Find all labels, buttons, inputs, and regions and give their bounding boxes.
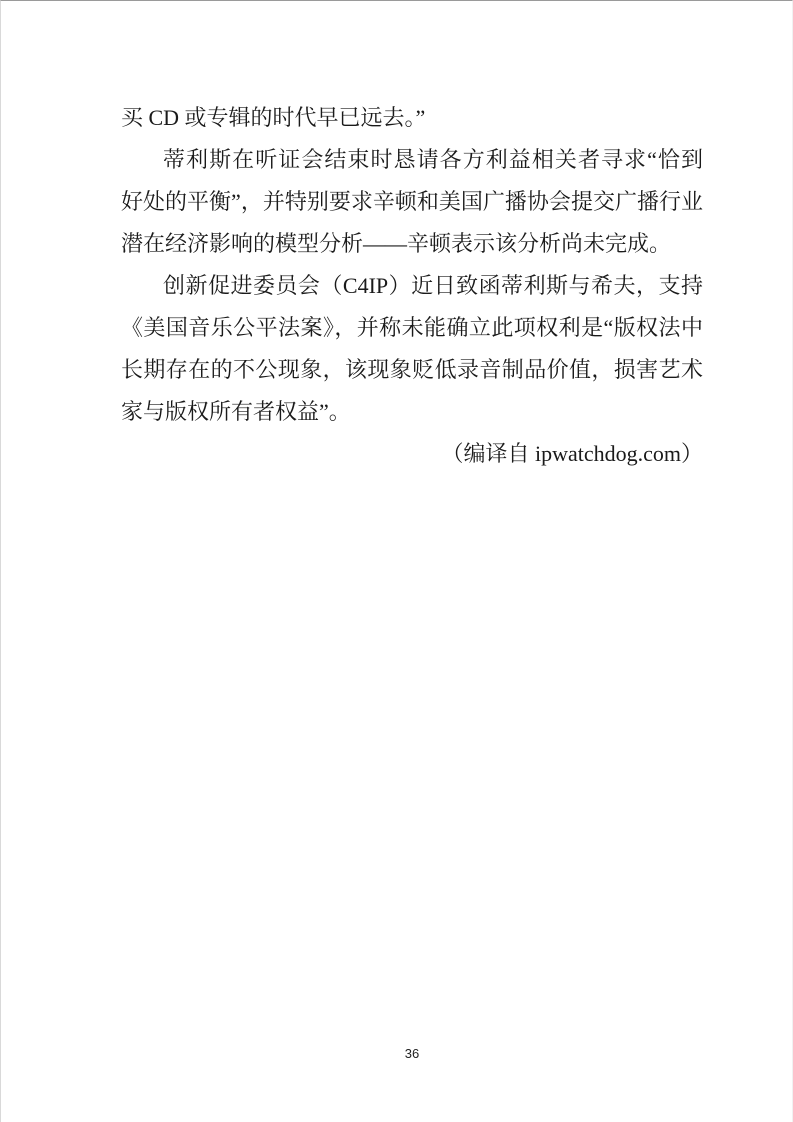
- paragraph1-last-line: 买 CD 或专辑的时代早已远去。”: [121, 97, 703, 139]
- document-page: 买 CD 或专辑的时代早已远去。” 蒂利斯在听证会结束时恳请各方利益相关者寻求“…: [0, 0, 793, 1122]
- paragraph2-line-3: 潜在经济影响的模型分析——辛顿表示该分析尚未完成。: [121, 223, 703, 265]
- paragraph3-line-3: 长期存在的不公现象，该现象贬低录音制品价值，损害艺术: [121, 349, 703, 391]
- paragraph2-line-1: 蒂利斯在听证会结束时恳请各方利益相关者寻求“恰到: [121, 139, 703, 181]
- paragraph2-line-2: 好处的平衡”，并特别要求辛顿和美国广播协会提交广播行业: [121, 181, 703, 223]
- page-number: 36: [121, 1046, 703, 1061]
- article-body: 买 CD 或专辑的时代早已远去。” 蒂利斯在听证会结束时恳请各方利益相关者寻求“…: [121, 97, 703, 475]
- paragraph3-line-2: 《美国音乐公平法案》，并称未能确立此项权利是“版权法中: [121, 307, 703, 349]
- paragraph3-line-4: 家与版权所有者权益”。: [121, 391, 703, 433]
- attribution-line: （编译自 ipwatchdog.com）: [121, 433, 703, 475]
- paragraph3-line-1: 创新促进委员会（C4IP）近日致函蒂利斯与希夫，支持: [121, 265, 703, 307]
